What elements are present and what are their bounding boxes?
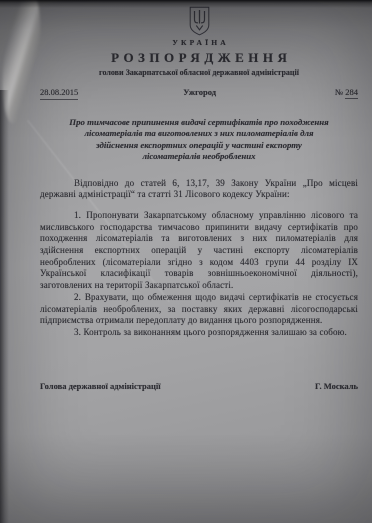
document-photo: УКРАЇНА РОЗПОРЯДЖЕННЯ голови Закарпатськ… <box>0 0 372 523</box>
document-number: № 284 <box>335 87 358 98</box>
signature-row: Голова державної адміністрації Г. Москал… <box>40 381 358 392</box>
order-item-2: 2. Врахувати, що обмеження щодо видачі с… <box>40 292 358 327</box>
signature-position: Голова державної адміністрації <box>40 381 161 392</box>
date-line: 28.08.2015 Ужгород № 284 <box>40 87 358 100</box>
title-line: Про тимчасове припинення видачі сертифік… <box>40 117 358 129</box>
order-item-3: 3. Контроль за виконанням цього розпоряд… <box>40 327 358 339</box>
photo-left-edge-shadow <box>0 90 9 523</box>
order-item-1: 1. Пропонувати Закарпатському обласному … <box>40 210 358 292</box>
title-line: лісоматеріалів та виготовлених з них пил… <box>40 128 358 140</box>
document-type-heading: РОЗПОРЯДЖЕННЯ <box>40 51 358 65</box>
issuer-line: голови Закарпатської обласної державної … <box>40 68 358 78</box>
title-line: лісоматеріалів необроблених <box>40 151 358 163</box>
country-name: УКРАЇНА <box>40 38 358 47</box>
number-sign: № <box>335 87 345 97</box>
document-title: Про тимчасове припинення видачі сертифік… <box>40 117 358 163</box>
ukraine-trident-emblem <box>188 6 211 36</box>
document-date: 28.08.2015 <box>40 87 78 100</box>
intro-paragraph: Відповідно до статей 6, 13,17, 39 Закону… <box>40 178 358 201</box>
title-line: здійснення експортних операцій у частині… <box>40 140 358 152</box>
paper-sheet: УКРАЇНА РОЗПОРЯДЖЕННЯ голови Закарпатськ… <box>0 0 372 523</box>
document-city: Ужгород <box>78 87 335 98</box>
signature-name: Г. Москаль <box>315 381 358 392</box>
photo-bottom-shade <box>0 433 372 523</box>
number-value: 284 <box>345 87 358 99</box>
document-content: УКРАЇНА РОЗПОРЯДЖЕННЯ голови Закарпатськ… <box>40 0 358 392</box>
